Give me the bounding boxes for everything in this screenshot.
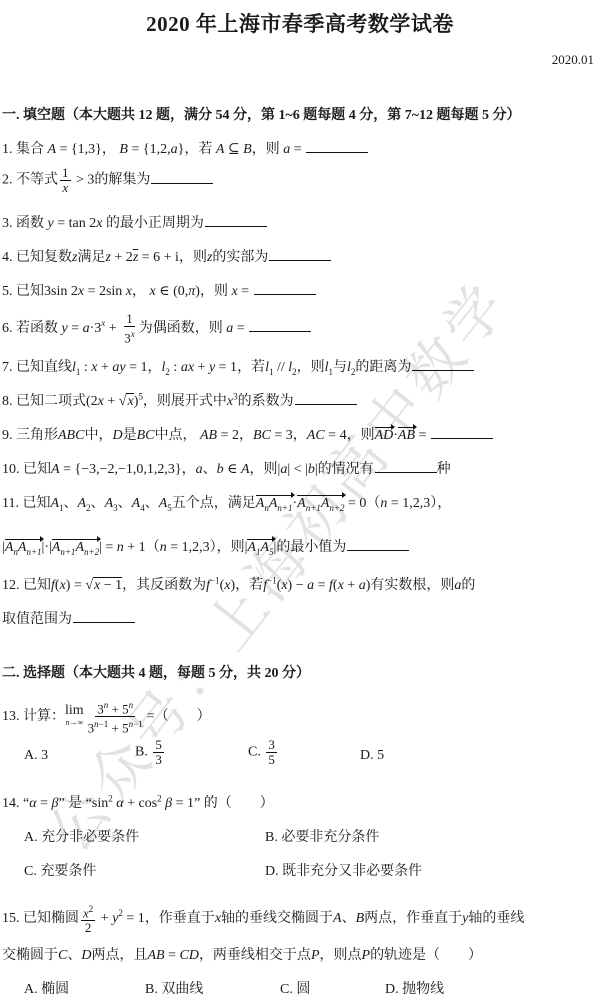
text: 种 [437, 462, 451, 477]
question-15: 15. 已知椭圆x22 + y2 = 1，作垂直于x轴的垂线交椭圆于A、B两点，… [2, 902, 524, 935]
question-number: 11. [2, 496, 19, 511]
text: ），则 [210, 540, 245, 555]
answer-blank-10[interactable] [375, 458, 437, 473]
option-14-a[interactable]: A. 充分非必要条件 [24, 826, 139, 846]
text: 为偶函数，则 [139, 321, 223, 336]
text: 已知二项式 [16, 394, 86, 409]
question-number: 2. [2, 173, 13, 188]
text: 已知直线 [16, 360, 72, 375]
text: 的 [461, 578, 475, 593]
answer-blank-4[interactable] [269, 246, 331, 261]
question-number: 12. [2, 578, 20, 593]
text: 已知 [23, 578, 51, 593]
text: 的最小值为 [276, 540, 346, 555]
question-number: 10. [2, 462, 20, 477]
question-2: 2. 不等式1x > 3的解集为 [2, 166, 213, 195]
option-14-d[interactable]: D. 既非充分又非必要条件 [265, 860, 422, 880]
option-15-d[interactable]: D. 抛物线 [385, 978, 444, 998]
question-6: 6. 若函数 y = a·3x + 13x为偶函数，则 a = [2, 312, 311, 345]
answer-blank-9[interactable] [431, 424, 493, 439]
text: ，则 [200, 284, 228, 299]
text: 已知 [16, 284, 44, 299]
question-number: 3. [2, 216, 13, 231]
text: 有实数根，则 [370, 578, 454, 593]
question-number: 13. [2, 709, 20, 724]
text: 取值范围为 [2, 612, 72, 627]
text: ，作垂直于 [145, 911, 215, 926]
text: 是 [123, 428, 137, 443]
option-15-b[interactable]: B. 双曲线 [145, 978, 203, 998]
question-9: 9. 三角形ABC中，D是BC中点， AB = 2，BC = 3，AC = 4，… [2, 424, 493, 444]
fraction: 13x [122, 312, 137, 345]
text: 轴的垂线交椭圆于 [221, 911, 333, 926]
text: ” 是 “ [58, 796, 91, 811]
question-11-cont: |AnAn+1|·|An+1An+2| = n + 1（n = 1,2,3），则… [2, 536, 409, 557]
text: 的距离为 [355, 360, 411, 375]
option-15-a[interactable]: A. 椭圆 [24, 978, 69, 998]
page-title: 2020 年上海市春季高考数学试卷 [0, 8, 600, 38]
question-8: 8. 已知二项式(2x + √x)5，则展开式中x3的系数为 [2, 390, 357, 410]
text: ，则 [179, 250, 207, 265]
text: ，两垂线相交于点 [199, 948, 311, 963]
question-7: 7. 已知直线l1 : x + ay = 1，l2 : ax + y = 1，若… [2, 356, 474, 377]
text: ，则 [297, 360, 325, 375]
answer-blank-6[interactable] [249, 317, 311, 332]
text: ，其反函数为 [122, 578, 206, 593]
option-13-c[interactable]: C. 35 [248, 738, 279, 767]
option-14-b[interactable]: B. 必要非充分条件 [265, 826, 379, 846]
text: 不等式 [16, 173, 58, 188]
text: ，则点 [320, 948, 362, 963]
text: 集合 [16, 142, 44, 157]
option-13-b[interactable]: B. 53 [135, 738, 166, 767]
text: 交椭圆于 [2, 948, 58, 963]
section-heading-fill-in: 一. 填空题（本大题共 12 题，满分 54 分，第 1~6 题每题 4 分，第… [2, 104, 521, 124]
question-3: 3. 函数 y = tan 2x 的最小正周期为 [2, 212, 267, 232]
question-11: 11. 已知A1、A2、A3、A4、A5五个点，满足AnAn+1·An+1An+… [2, 492, 451, 513]
text: 已知椭圆 [23, 911, 79, 926]
text: ，则展开式中 [143, 394, 227, 409]
text: ，则 [252, 142, 280, 157]
text: 两点，且 [91, 948, 147, 963]
limit: limn→∞ [65, 705, 84, 729]
text: 轴的垂线 [468, 911, 524, 926]
answer-blank-7[interactable] [412, 356, 474, 371]
option-15-c[interactable]: C. 圆 [280, 978, 310, 998]
answer-blank-5[interactable] [254, 280, 316, 295]
question-15-cont: 交椭圆于C、D两点，且AB = CD，两垂线相交于点P，则点P的轨迹是（ ） [2, 944, 482, 964]
question-5: 5. 已知3sin 2x = 2sin x， x ∈ (0,π)，则 x = [2, 280, 316, 300]
text: ）， [430, 496, 451, 511]
text: 三角形 [16, 428, 58, 443]
text: =（ ） [147, 709, 211, 724]
answer-blank-11[interactable] [347, 536, 409, 551]
text: 计算： [23, 709, 65, 724]
text: （ [146, 540, 160, 555]
question-14: 14. “α = β” 是 “sin2 α + cos2 β = 1” 的（ ） [2, 792, 274, 812]
text: 的解集为 [94, 173, 150, 188]
question-10: 10. 已知A = {−3,−2,−1,0,1,2,3}，a、b ∈ A，则|a… [2, 458, 451, 478]
text: 的实部为 [212, 250, 268, 265]
text: （ [366, 496, 380, 511]
text: ，若 [235, 578, 263, 593]
section-heading-multiple-choice: 二. 选择题（本大题共 4 题，每题 5 分，共 20 分） [2, 662, 310, 682]
answer-blank-12[interactable] [73, 608, 135, 623]
text: 、 [203, 462, 217, 477]
question-number: 8. [2, 394, 13, 409]
text: ，则 [347, 428, 375, 443]
question-number: 4. [2, 250, 13, 265]
text: 已知 [23, 462, 51, 477]
answer-blank-8[interactable] [295, 390, 357, 405]
question-number: 5. [2, 284, 13, 299]
text: ， [182, 462, 196, 477]
question-4: 4. 已知复数z满足z + 2z = 6 + i，则z的实部为 [2, 246, 331, 266]
text: 与 [333, 360, 347, 375]
question-number: 1. [2, 142, 13, 157]
answer-blank-2[interactable] [151, 169, 213, 184]
fraction: x22 [81, 902, 95, 935]
text: 的最小正周期为 [106, 216, 204, 231]
text: ， [148, 360, 162, 375]
fraction: 1x [60, 166, 71, 195]
text: 满足 [77, 250, 105, 265]
text: 已知复数 [16, 250, 72, 265]
watermark: 公众号：上海初高中数学 [25, 260, 525, 866]
text: 中， [84, 428, 112, 443]
question-number: 6. [2, 321, 13, 336]
answer-blank-3[interactable] [205, 212, 267, 227]
option-13-a[interactable]: A. 3 [24, 748, 48, 764]
text: 五个点，满足 [172, 496, 256, 511]
text: ， [102, 142, 116, 157]
text: ，若 [237, 360, 265, 375]
text: ， [132, 284, 146, 299]
text: 已知 [22, 496, 50, 511]
option-14-c[interactable]: C. 充要条件 [24, 860, 96, 880]
question-1: 1. 集合 A = {1,3}， B = {1,2,a}，若 A ⊆ B，则 a… [2, 138, 368, 158]
question-number: 14. [2, 796, 20, 811]
exam-page: 公众号：上海初高中数学 2020 年上海市春季高考数学试卷 2020.01 一.… [0, 0, 600, 1008]
text: 函数 [16, 216, 44, 231]
question-number: 9. [2, 428, 13, 443]
text: 若函数 [16, 321, 58, 336]
text: 的情况有 [318, 462, 374, 477]
question-13: 13. 计算：limn→∞3n + 5n3n−1 + 5n−1=（ ） [2, 698, 211, 736]
text: ” 的（ ） [194, 796, 274, 811]
answer-blank-1[interactable] [306, 138, 368, 153]
text: 的轨迹是（ ） [370, 948, 482, 963]
question-number: 7. [2, 360, 13, 375]
question-12-cont: 取值范围为 [2, 608, 135, 628]
exam-date: 2020.01 [552, 52, 594, 68]
question-number: 15. [2, 911, 20, 926]
text: 两点，作垂直于 [364, 911, 462, 926]
text: ，若 [184, 142, 212, 157]
question-12: 12. 已知f(x) = √x − 1，其反函数为f−1(x)，若f−1(x) … [2, 574, 475, 594]
text: 的系数为 [238, 394, 294, 409]
option-13-d[interactable]: D. 5 [360, 748, 384, 764]
text: ，则 [250, 462, 278, 477]
text: 中点， [154, 428, 196, 443]
fraction: 3n + 5n3n−1 + 5n−1 [86, 698, 145, 736]
